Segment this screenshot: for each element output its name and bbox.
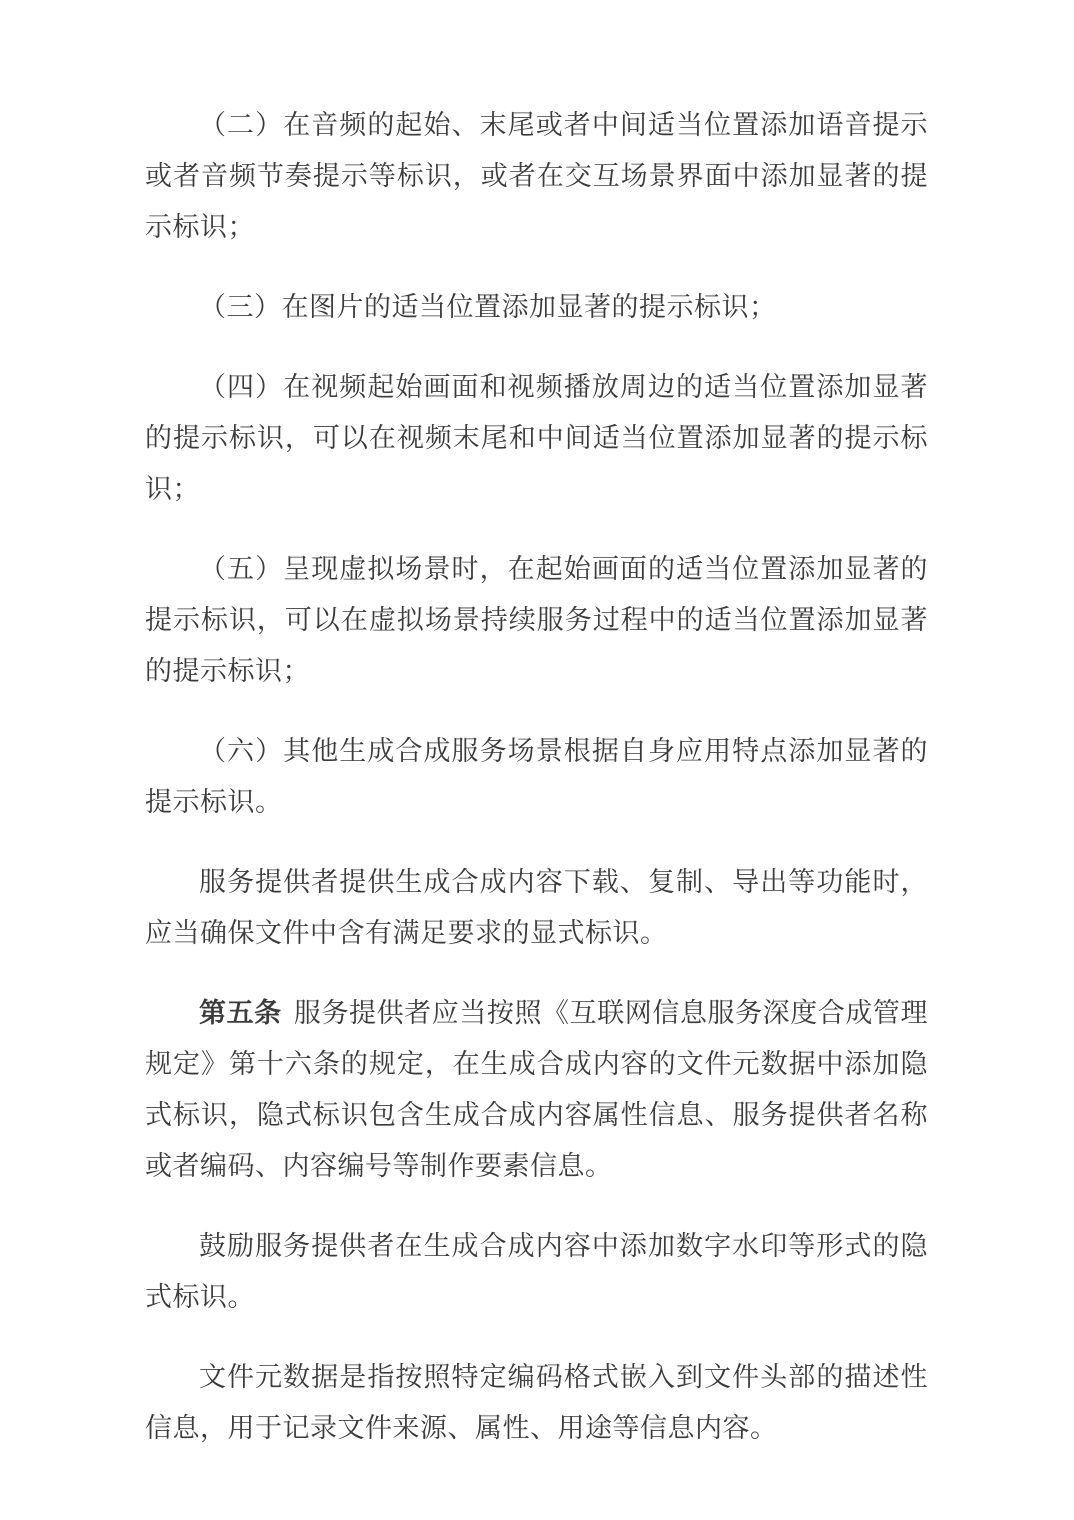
document-body: （二）在音频的起始、末尾或者中间适当位置添加语音提示或者音频节奏提示等标识，或者… (145, 100, 928, 1454)
para-article-5: 第五条服务提供者应当按照《互联网信息服务深度合成管理规定》第十六条的规定，在生成… (145, 988, 928, 1192)
para-item-3-image-labeling: （三）在图片的适当位置添加显著的提示标识； (145, 282, 928, 333)
para-download-export-explicit-label: 服务提供者提供生成合成内容下载、复制、导出等功能时，应当确保文件中含有满足要求的… (145, 857, 928, 959)
para-item-4-video-labeling: （四）在视频起始画面和视频播放周边的适当位置添加显著的提示标识，可以在视频末尾和… (145, 362, 928, 515)
para-watermark-encouragement: 鼓励服务提供者在生成合成内容中添加数字水印等形式的隐式标识。 (145, 1221, 928, 1323)
para-item-2-audio-labeling: （二）在音频的起始、末尾或者中间适当位置添加语音提示或者音频节奏提示等标识，或者… (145, 100, 928, 253)
document-page: （二）在音频的起始、末尾或者中间适当位置添加语音提示或者音频节奏提示等标识，或者… (0, 0, 1074, 1520)
article-5-number: 第五条 (199, 998, 282, 1029)
para-item-5-virtual-scene-labeling: （五）呈现虚拟场景时，在起始画面的适当位置添加显著的提示标识，可以在虚拟场景持续… (145, 544, 928, 697)
para-item-6-other-scenarios: （六）其他生成合成服务场景根据自身应用特点添加显著的提示标识。 (145, 726, 928, 828)
para-file-metadata-definition: 文件元数据是指按照特定编码格式嵌入到文件头部的描述性信息，用于记录文件来源、属性… (145, 1352, 928, 1454)
